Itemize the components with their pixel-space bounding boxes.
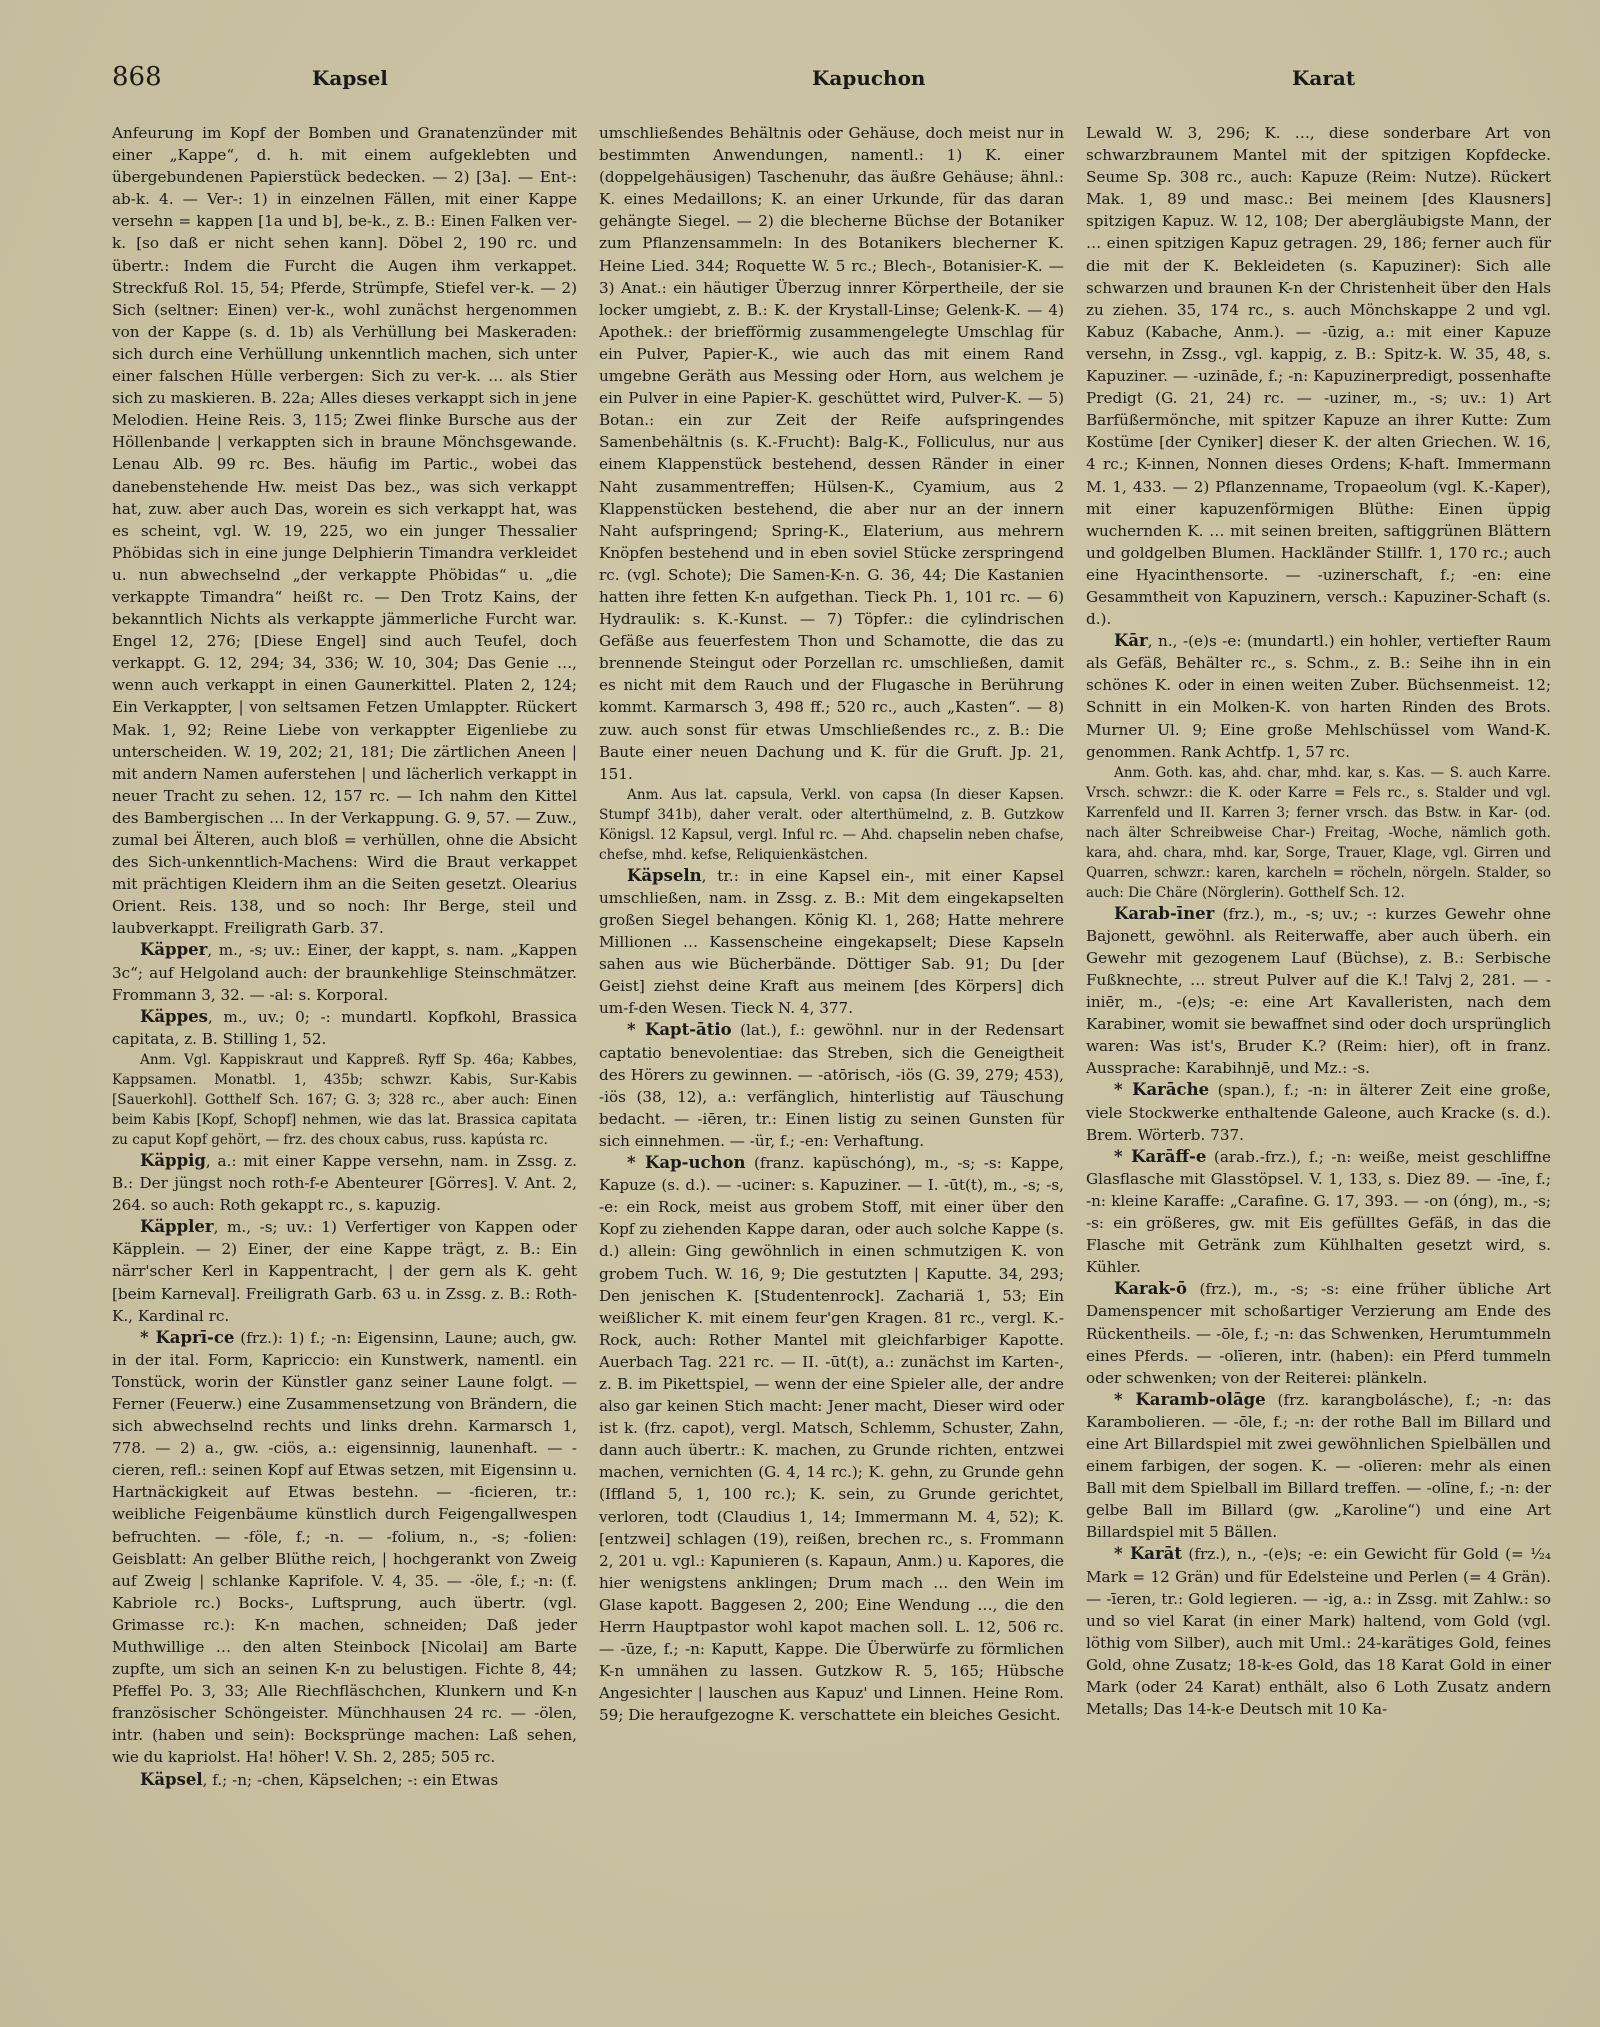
- entry-body: (frz.): 1) f.; -n: Eigensinn, Laune; auc…: [112, 1329, 577, 1767]
- entry-headword: * Kap-uchon: [627, 1153, 746, 1172]
- dictionary-entry: * Karāt (frz.), n., -(e)s; -e: ein Gewic…: [1086, 1543, 1551, 1720]
- entry-body: , f.; -n; -chen, Käpselchen; -: ein Etwa…: [203, 1771, 499, 1789]
- entry-annotation: Anm. Vgl. Kappiskraut und Kappreß. Ryff …: [112, 1050, 577, 1150]
- guide-word-left: Kapsel: [312, 66, 388, 90]
- entry-headword: * Karāff-e: [1114, 1147, 1206, 1166]
- dictionary-entry: Käpsel, f.; -n; -chen, Käpselchen; -: ei…: [112, 1769, 577, 1791]
- guide-word-center: Kapuchon: [812, 66, 925, 90]
- continued-entry-text: umschließendes Behältnis oder Gehäuse, d…: [599, 122, 1064, 785]
- entry-body: (frz. karangbolásche), f.; -n: das Karam…: [1086, 1391, 1551, 1542]
- dictionary-entry: * Karāff-e (arab.-frz.), f.; -n: weiße, …: [1086, 1146, 1551, 1279]
- entry-body: (arab.-frz.), f.; -n: weiße, meist gesch…: [1086, 1148, 1551, 1276]
- entry-headword: Karak-ō: [1114, 1279, 1187, 1298]
- entry-headword: Karab-īner: [1114, 904, 1214, 923]
- entry-body: (frz.), n., -(e)s; -e: ein Gewicht für G…: [1086, 1545, 1551, 1718]
- entry-headword: * Karāt: [1114, 1544, 1182, 1563]
- dictionary-entry: Karab-īner (frz.), m., -s; uv.; -: kurze…: [1086, 903, 1551, 1080]
- entry-headword: Kār: [1114, 631, 1148, 650]
- guide-word-right: Karat: [1292, 66, 1355, 90]
- entry-headword: Käppes: [140, 1007, 208, 1026]
- continued-entry-text: Lewald W. 3, 296; K. …, diese sonderbare…: [1086, 122, 1551, 630]
- dictionary-entry: * Kap-uchon (franz. kapüschóng), m., -s;…: [599, 1152, 1064, 1726]
- entry-headword: Käpper: [140, 940, 207, 959]
- entry-headword: Käpseln: [627, 866, 702, 885]
- entry-body: (frz.), m., -s; uv.; -: kurzes Gewehr oh…: [1086, 905, 1551, 1078]
- page-number: 868: [112, 62, 162, 92]
- entry-headword: * Karāche: [1114, 1080, 1209, 1099]
- dictionary-entry: Käppig, a.: mit einer Kappe versehn, nam…: [112, 1150, 577, 1216]
- dictionary-entry: * Karamb-olāge (frz. karangbolásche), f.…: [1086, 1389, 1551, 1544]
- entry-body: , n., -(e)s -e: (mundartl.) ein hohler, …: [1086, 632, 1551, 760]
- entry-body: (franz. kapüschóng), m., -s; -s: Kappe, …: [599, 1154, 1064, 1724]
- entry-headword: * Karamb-olāge: [1114, 1390, 1266, 1409]
- dictionary-entry: * Karāche (span.), f.; -n: in älterer Ze…: [1086, 1079, 1551, 1145]
- entry-body: (lat.), f.: gewöhnl. nur in der Redensar…: [599, 1021, 1064, 1149]
- dictionary-entry: * Kaprī-ce (frz.): 1) f.; -n: Eigensinn,…: [112, 1327, 577, 1769]
- column-1: Anfeurung im Kopf der Bomben und Granate…: [112, 122, 577, 1791]
- dictionary-entry: Karak-ō (frz.), m., -s; -s: eine früher …: [1086, 1278, 1551, 1388]
- text-columns: Anfeurung im Kopf der Bomben und Granate…: [112, 122, 1552, 1791]
- entry-headword: * Kaprī-ce: [140, 1328, 234, 1347]
- entry-headword: * Kapt-ātio: [627, 1020, 732, 1039]
- running-head: 868 Kapsel Kapuchon Karat: [112, 62, 1552, 102]
- entry-annotation: Anm. Goth. kas, ahd. char, mhd. kar, s. …: [1086, 763, 1551, 903]
- entry-headword: Käppler: [140, 1217, 214, 1236]
- continued-entry-text: Anfeurung im Kopf der Bomben und Granate…: [112, 122, 577, 939]
- dictionary-entry: Käppler, m., -s; uv.: 1) Verfertiger von…: [112, 1216, 577, 1326]
- column-3: Lewald W. 3, 296; K. …, diese sonderbare…: [1086, 122, 1551, 1791]
- entry-headword: Käpsel: [140, 1770, 203, 1789]
- dictionary-entry: Käpper, m., -s; uv.: Einer, der kappt, s…: [112, 939, 577, 1005]
- entry-headword: Käppig: [140, 1151, 206, 1170]
- dictionary-entry: Kār, n., -(e)s -e: (mundartl.) ein hohle…: [1086, 630, 1551, 763]
- dictionary-page: 868 Kapsel Kapuchon Karat Anfeurung im K…: [0, 0, 1600, 2027]
- column-2: umschließendes Behältnis oder Gehäuse, d…: [599, 122, 1064, 1791]
- dictionary-entry: Käppes, m., uv.; 0; -: mundartl. Kopfkoh…: [112, 1006, 577, 1050]
- entry-annotation: Anm. Aus lat. capsula, Verkl. von capsa …: [599, 785, 1064, 865]
- dictionary-entry: Käpseln, tr.: in eine Kapsel ein-, mit e…: [599, 865, 1064, 1020]
- entry-body: , tr.: in eine Kapsel ein-, mit einer Ka…: [599, 867, 1064, 1018]
- dictionary-entry: * Kapt-ātio (lat.), f.: gewöhnl. nur in …: [599, 1019, 1064, 1152]
